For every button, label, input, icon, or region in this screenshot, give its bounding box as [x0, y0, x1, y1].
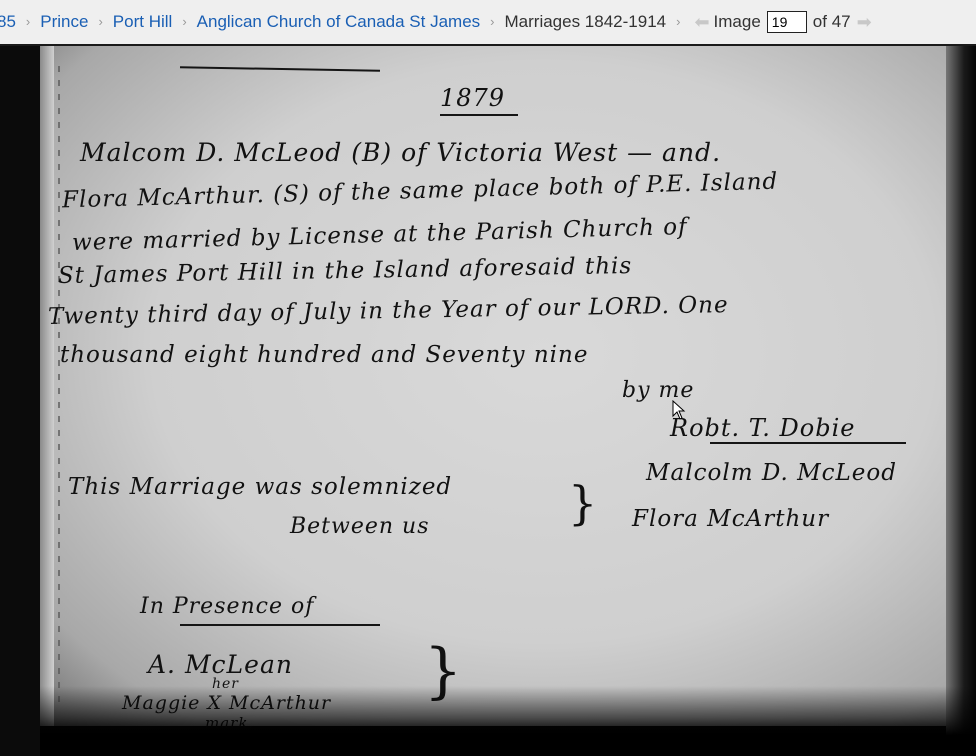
page-right-edge — [946, 46, 976, 756]
binding-stitch-marks — [58, 66, 60, 706]
page-bottom-shadow — [40, 686, 976, 756]
arrow-left-icon[interactable]: ⬅ — [694, 12, 709, 33]
witness-1-signature: A. McLean — [148, 650, 293, 679]
image-number-input[interactable] — [767, 11, 807, 33]
page-left-edge — [40, 46, 54, 726]
breadcrumb: 85 › Prince › Port Hill › Anglican Churc… — [0, 12, 690, 32]
arrow-right-icon[interactable]: ➡ — [857, 12, 872, 33]
breadcrumb-item-year[interactable]: 85 — [0, 12, 16, 32]
breadcrumb-item-county[interactable]: Prince — [40, 12, 88, 32]
solemnized-text: This Marriage was solemnized — [68, 474, 452, 500]
breadcrumb-separator-icon: › — [98, 14, 102, 29]
breadcrumb-separator-icon: › — [182, 14, 186, 29]
officiant-signature: Robt. T. Dobie — [670, 414, 855, 442]
breadcrumb-separator-icon: › — [26, 14, 30, 29]
signature-brace: } — [568, 476, 597, 530]
officiant-underline — [710, 442, 906, 444]
breadcrumb-item-collection: Marriages 1842-1914 — [505, 12, 667, 32]
between-us-text: Between us — [290, 514, 430, 539]
record-year: 1879 — [440, 84, 505, 112]
breadcrumb-item-church[interactable]: Anglican Church of Canada St James — [197, 12, 481, 32]
presence-underline — [180, 624, 380, 626]
breadcrumb-separator-icon: › — [490, 14, 494, 29]
groom-signature: Malcolm D. McLeod — [646, 460, 897, 486]
year-underline — [440, 114, 518, 116]
image-total-label: of 47 — [813, 12, 851, 32]
mouse-cursor-icon — [672, 400, 686, 420]
image-label: Image — [714, 12, 761, 32]
bride-signature: Flora McArthur — [632, 506, 829, 532]
record-line-1: Malcom D. McLeod (B) of Victoria West — … — [80, 138, 721, 167]
record-line-6: thousand eight hundred and Seventy nine — [60, 342, 588, 368]
breadcrumb-separator-icon: › — [676, 14, 680, 29]
presence-label: In Presence of — [140, 594, 314, 619]
breadcrumb-bar: 85 › Prince › Port Hill › Anglican Churc… — [0, 0, 976, 46]
record-image-viewer[interactable]: 1879 Malcom D. McLeod (B) of Victoria We… — [0, 46, 976, 756]
breadcrumb-item-town[interactable]: Port Hill — [113, 12, 173, 32]
